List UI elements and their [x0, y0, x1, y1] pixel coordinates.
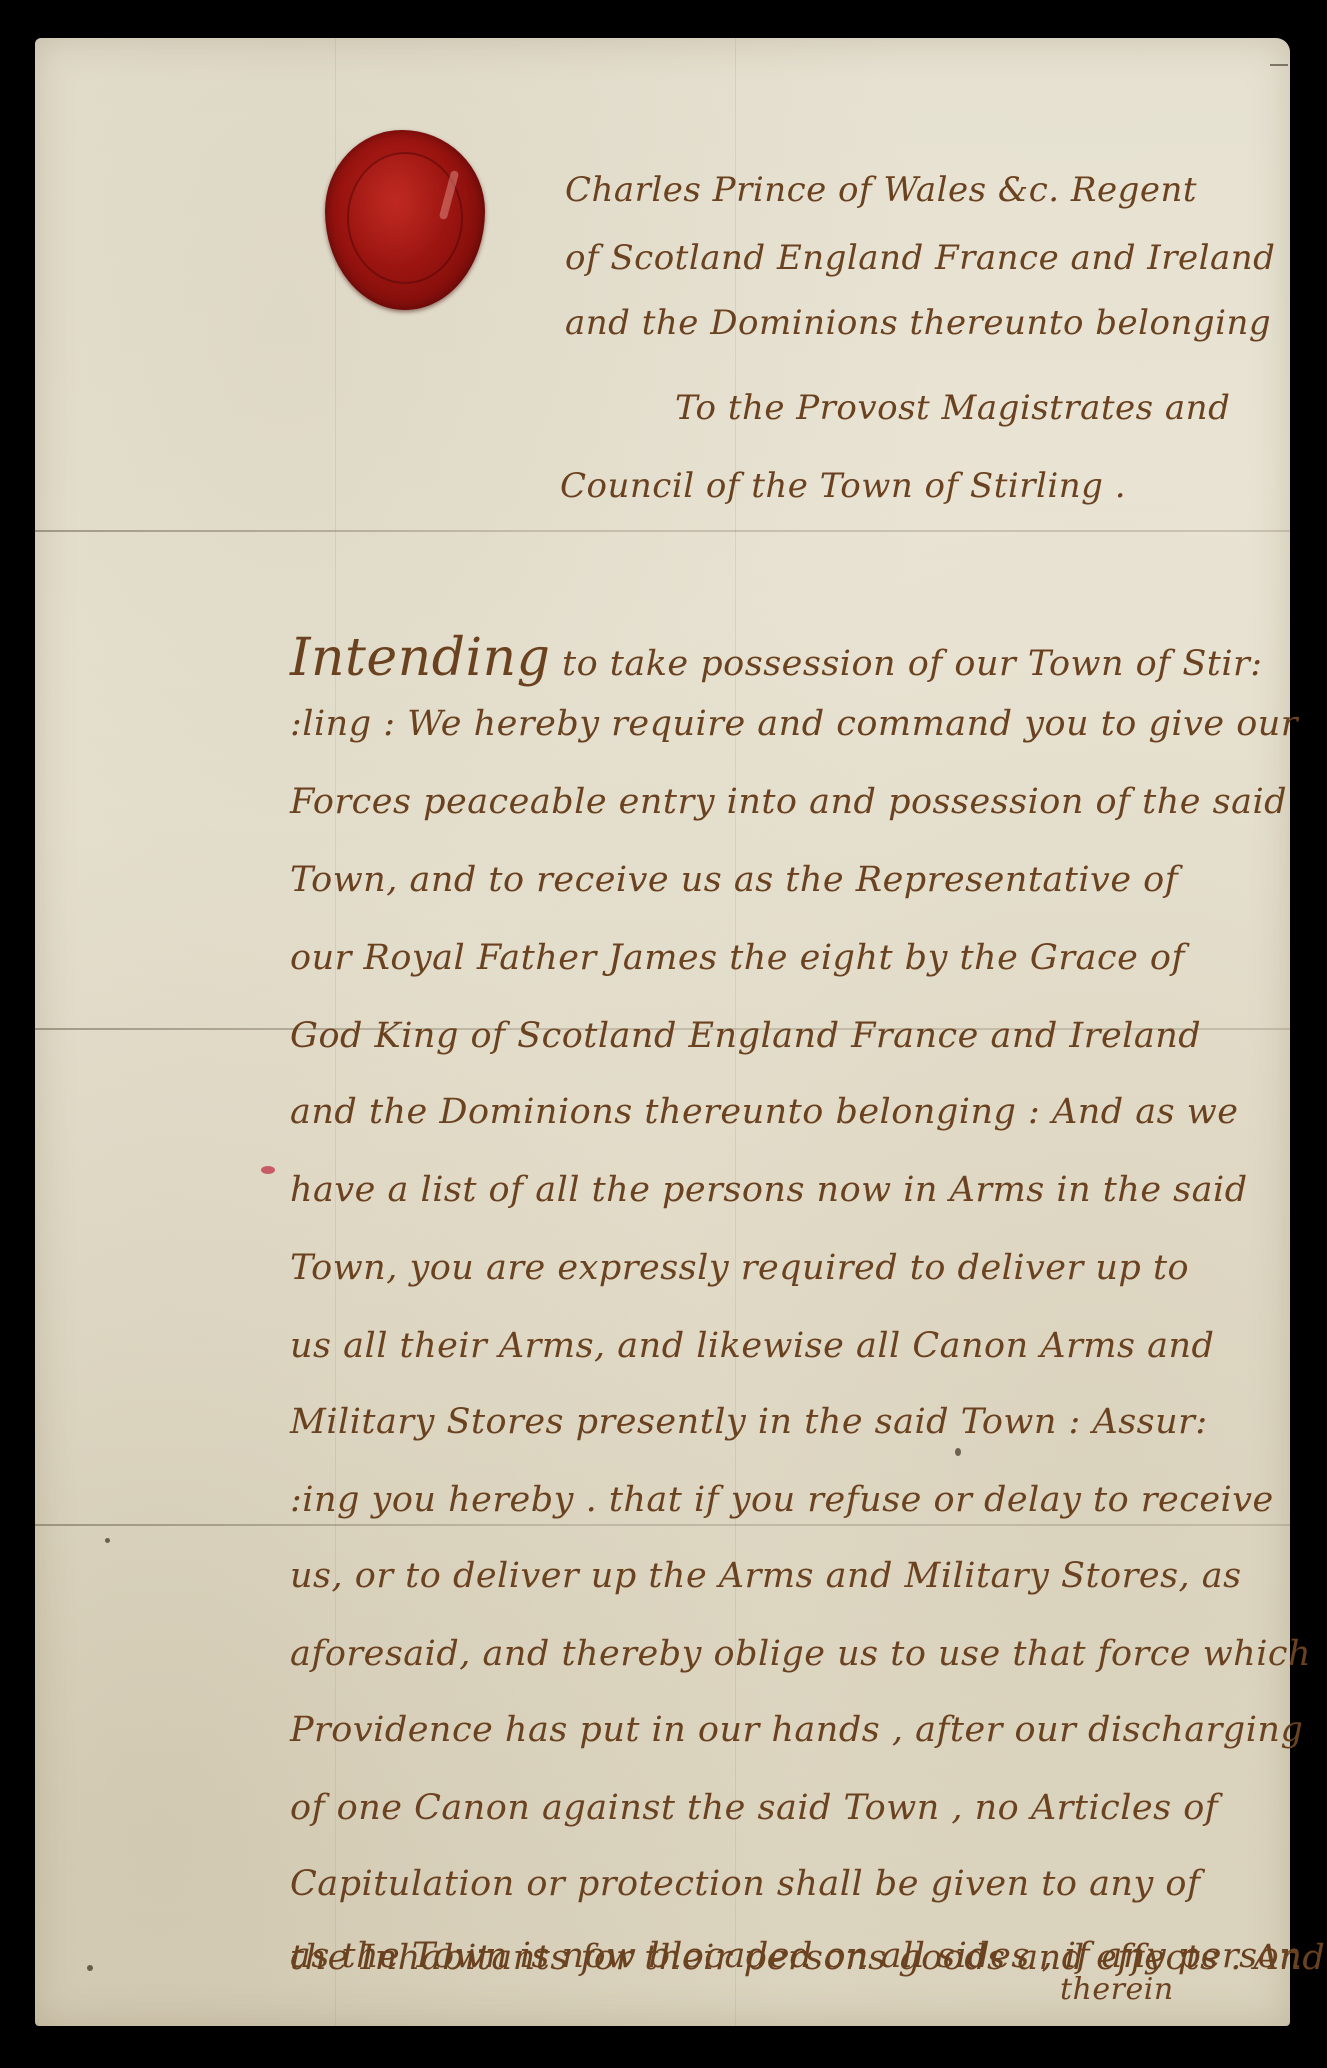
body-line-first: Intending to take possession of our Town… — [290, 628, 1263, 688]
body-line: God King of Scotland England France and … — [290, 1016, 1201, 1056]
wax-seal — [325, 130, 485, 310]
body-line: Town, and to receive us as the Represent… — [290, 860, 1178, 900]
body-line: Providence has put in our hands , after … — [290, 1710, 1303, 1750]
body-line: Forces peaceable entry into and possessi… — [290, 782, 1287, 822]
body-line: our Royal Father James the eight by the … — [290, 938, 1185, 978]
ink-spot — [955, 1448, 961, 1456]
body-line: us, or to deliver up the Arms and Milita… — [290, 1556, 1242, 1596]
initial-word: Intending — [290, 628, 550, 688]
body-line: have a list of all the persons now in Ar… — [290, 1170, 1248, 1210]
address-line: Council of the Town of Stirling . — [560, 466, 1126, 506]
body-line: :ling : We hereby require and command yo… — [290, 704, 1298, 744]
letter-paper: Charles Prince of Wales &c. Regent of Sc… — [35, 38, 1290, 2026]
catchword: therein — [1060, 1972, 1174, 2007]
fold-line — [35, 1524, 1290, 1526]
body-line: of one Canon against the said Town , no … — [290, 1788, 1218, 1828]
corner-pencil-mark — [1270, 58, 1288, 66]
header-line: of Scotland England France and Ireland — [565, 238, 1275, 278]
body-line: :ing you hereby . that if you refuse or … — [290, 1480, 1274, 1520]
body-line: Town, you are expressly required to deli… — [290, 1248, 1189, 1288]
ink-spot — [87, 1965, 93, 1971]
fold-line — [35, 530, 1290, 532]
header-line: and the Dominions thereunto belonging — [565, 303, 1271, 343]
body-line-last: as the Town is now blocaded on all sides… — [290, 1936, 1302, 1976]
red-ink-mark — [261, 1166, 275, 1174]
header-line: Charles Prince of Wales &c. Regent — [565, 170, 1197, 210]
ink-spot — [105, 1538, 110, 1543]
body-line: us all their Arms, and likewise all Cano… — [290, 1326, 1214, 1366]
address-line: To the Provost Magistrates and — [675, 388, 1230, 428]
body-line: Capitulation or protection shall be give… — [290, 1864, 1200, 1904]
body-line: aforesaid, and thereby oblige us to use … — [290, 1634, 1311, 1674]
body-line: and the Dominions thereunto belonging : … — [290, 1092, 1238, 1132]
body-line: Military Stores presently in the said To… — [290, 1402, 1208, 1442]
